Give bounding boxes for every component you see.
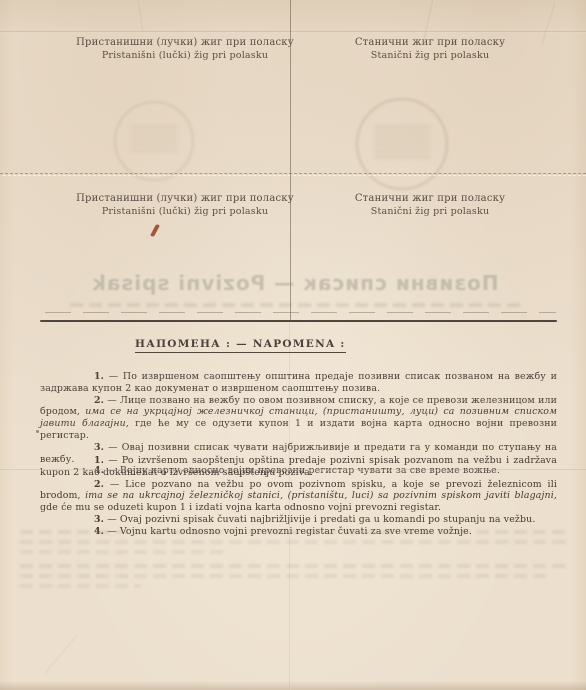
crease-line-diagonal: [541, 3, 556, 45]
station-stamp-bleedthrough-circle: [356, 98, 448, 190]
port-stamp-bleedthrough-circle: [114, 101, 194, 181]
station-label-latin: Stanični žig pri polasku: [328, 205, 532, 218]
bleedthrough-text-band: [20, 550, 228, 554]
note-number: 2.: [94, 395, 104, 406]
port-label-latin: Pristanišni (lučki) žig pri polasku: [58, 49, 312, 62]
perforation-highlight: [3, 175, 586, 176]
perforation-line: [0, 173, 586, 174]
note-number: 1.: [94, 371, 104, 382]
bleedthrough-text-band: [70, 303, 520, 307]
stamp-text-smudge: [130, 126, 179, 156]
station-label-cyrillic: Станични жиг при поласку: [328, 36, 532, 49]
note-paragraph-lat-3: 3. — Ovaj pozivni spisak čuvati najbrižl…: [40, 514, 557, 526]
stamp-label-station-departure-1: Станични жиг при поласку Stanični žig pr…: [328, 36, 532, 62]
stamp-label-port-departure-1: Пристанишни (лучки) жиг при поласку Pris…: [58, 36, 312, 62]
separator-rule-dark: [40, 320, 557, 322]
note-paragraph-lat-2: 2. — Lice pozvano na vežbu po ovom poziv…: [40, 479, 557, 514]
note-number: 3.: [94, 442, 104, 453]
note-number: 2.: [94, 479, 104, 490]
bleedthrough-title-mirrored: Позивни списак — Pozivni spisak: [85, 271, 505, 295]
separator-rule-light: [45, 312, 556, 313]
stamp-text-smudge: [374, 126, 430, 161]
crease-line-diagonal: [138, 0, 145, 32]
stamp-label-station-departure-2: Станични жиг при поласку Stanični žig pr…: [328, 192, 532, 218]
notes-latin-block: 1. — Po izvršenom saopštenju opština pre…: [40, 455, 557, 538]
note-paragraph-lat-1: 1. — Po izvršenom saopštenju opština pre…: [40, 455, 557, 479]
note-text-post: gde će mu se oduzeti kupon 1 i izdati vo…: [40, 502, 441, 513]
napomena-heading: НАПОМЕНА : — NAPOMENA :: [135, 338, 346, 353]
bleedthrough-text-band: [20, 530, 568, 534]
note-text: — По извршеном саопштењу општина предаје…: [40, 371, 557, 394]
note-text-italic: ima se na ukrcajnoj železničkoj stanici,…: [85, 490, 557, 501]
ink-speck: [36, 430, 39, 433]
note-text: — Po izvršenom saopštenju opština predaj…: [40, 455, 557, 478]
note-text: — Ovaj pozivni spisak čuvati najbrižljiv…: [104, 514, 535, 525]
port-label-latin: Pristanišni (lučki) žig pri polasku: [58, 205, 312, 218]
red-pen-mark: [150, 224, 160, 237]
crease-line-top: [0, 31, 586, 33]
port-label-cyrillic: Пристанишни (лучки) жиг при поласку: [58, 192, 312, 205]
port-label-cyrillic: Пристанишни (лучки) жиг при поласку: [58, 36, 312, 49]
stamp-label-port-departure-2: Пристанишни (лучки) жиг при поласку Pris…: [58, 192, 312, 218]
note-number: 3.: [94, 514, 104, 525]
station-label-latin: Stanični žig pri polasku: [328, 49, 532, 62]
station-label-cyrillic: Станични жиг при поласку: [328, 192, 532, 205]
bleedthrough-text-band: [20, 574, 546, 578]
note-paragraph-cyr-1: 1. — По извршеном саопштењу општина пред…: [40, 371, 557, 395]
note-number: 1.: [94, 455, 104, 466]
bleedthrough-text-band: [20, 564, 568, 568]
note-paragraph-cyr-2: 2. — Лице позвано на вежбу по овом позив…: [40, 395, 557, 442]
bleedthrough-paragraph-area: [20, 530, 568, 588]
scanned-document-page: Пристанишни (лучки) жиг при поласку Pris…: [0, 0, 586, 690]
crease-line-diagonal: [44, 635, 78, 675]
bleedthrough-text-band: [20, 584, 141, 588]
crease-line-middle: [0, 469, 586, 471]
bleedthrough-text-band: [20, 540, 568, 544]
